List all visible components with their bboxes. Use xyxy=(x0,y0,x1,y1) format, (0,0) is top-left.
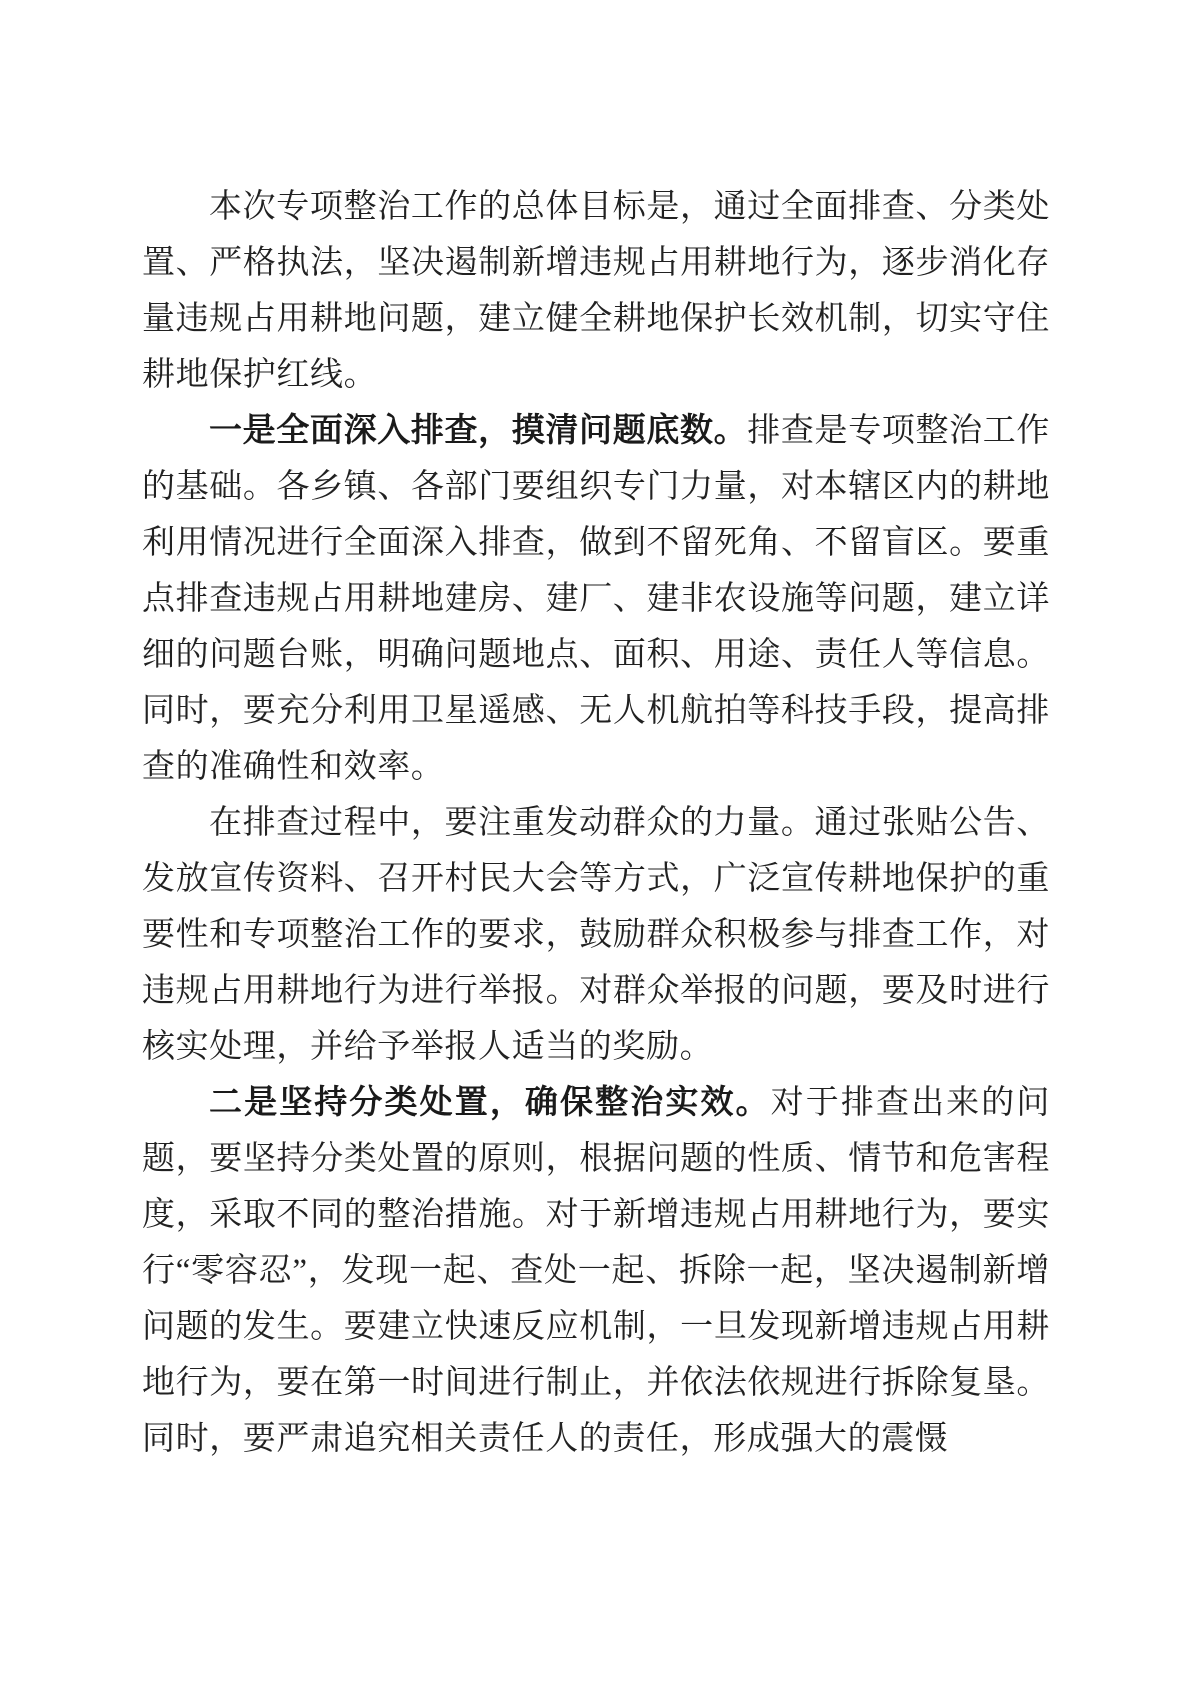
document-body: 本次专项整治工作的总体目标是，通过全面排查、分类处置、严格执法，坚决遏制新增违规… xyxy=(142,179,1050,1467)
paragraph: 本次专项整治工作的总体目标是，通过全面排查、分类处置、严格执法，坚决遏制新增违规… xyxy=(142,179,1050,403)
paragraph: 在排查过程中，要注重发动群众的力量。通过张贴公告、发放宣传资料、召开村民大会等方… xyxy=(142,795,1050,1075)
document-page: 本次专项整治工作的总体目标是，通过全面排查、分类处置、严格执法，坚决遏制新增违规… xyxy=(0,0,1190,1683)
paragraph: 二是坚持分类处置，确保整治实效。对于排查出来的问题，要坚持分类处置的原则，根据问… xyxy=(142,1075,1050,1467)
paragraph: 一是全面深入排查，摸清问题底数。排查是专项整治工作的基础。各乡镇、各部门要组织专… xyxy=(142,403,1050,795)
paragraph-bold-lead: 一是全面深入排查，摸清问题底数。 xyxy=(209,413,747,449)
paragraph-bold-lead: 二是坚持分类处置，确保整治实效。 xyxy=(209,1085,771,1121)
